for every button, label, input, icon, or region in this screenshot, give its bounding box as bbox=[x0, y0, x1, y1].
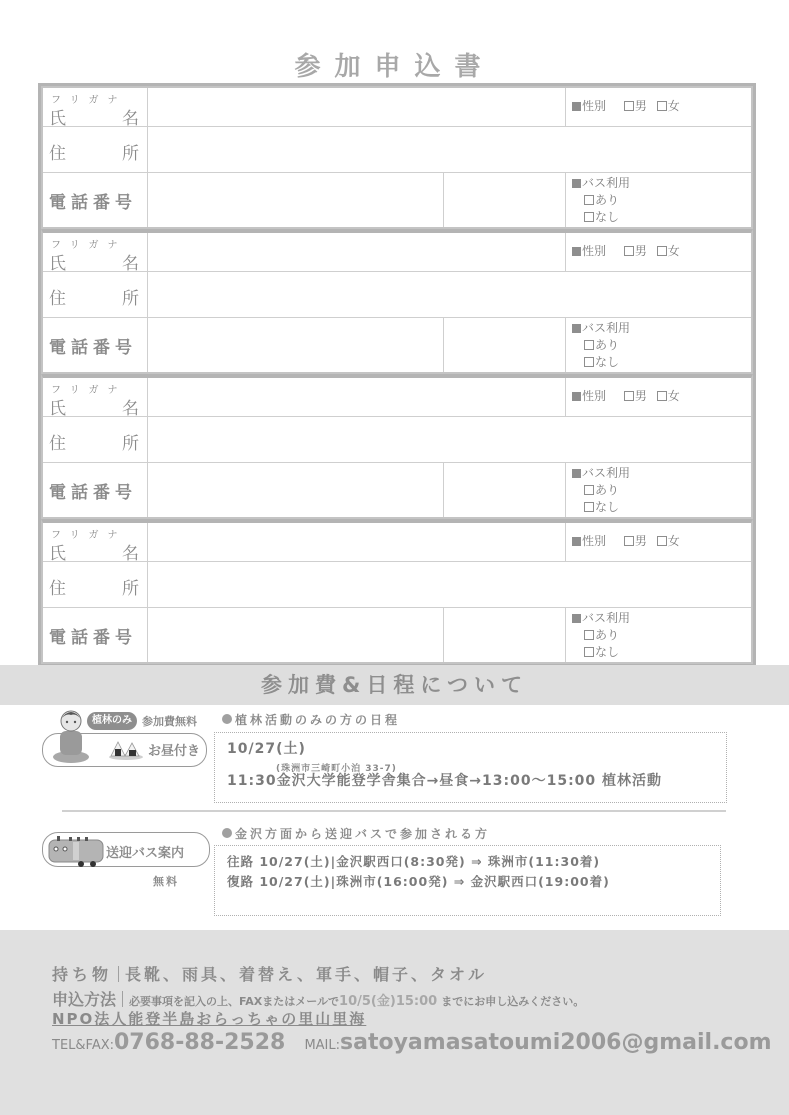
phone-label: 電話番号 bbox=[49, 623, 141, 648]
address-label: 住所 bbox=[49, 284, 139, 309]
bus-schedule-heading: 金沢方面から送迎バスで参加される方 bbox=[222, 825, 490, 842]
gender-female-checkbox[interactable]: 女 bbox=[657, 99, 680, 113]
address-label: 住所 bbox=[49, 139, 139, 164]
name-row: フリガナ 氏名 性別 男 女 bbox=[43, 378, 751, 417]
name-row: フリガナ 氏名 性別 男 女 bbox=[43, 233, 751, 272]
phone-row: 電話番号 バス利用 あり なし bbox=[43, 463, 751, 517]
bus-yes-checkbox[interactable]: あり bbox=[584, 627, 751, 644]
name-field[interactable] bbox=[148, 88, 567, 126]
bus-no-checkbox[interactable]: なし bbox=[584, 499, 751, 516]
phone-label: 電話番号 bbox=[49, 478, 141, 503]
phone-field[interactable] bbox=[148, 173, 444, 227]
phone-row: 電話番号 バス利用 あり なし bbox=[43, 608, 751, 662]
planting-date: 10/27(土) bbox=[227, 738, 306, 758]
outbound-route: 往路 10/27(土)|金沢駅西口(8:30発) ⇒ 珠洲市(11:30着) bbox=[227, 852, 600, 870]
checkbox-icon bbox=[584, 212, 594, 222]
bus-field: バス利用 あり なし bbox=[565, 318, 751, 372]
checkbox-icon bbox=[624, 391, 634, 401]
name-row: フリガナ 氏名 性別 男 女 bbox=[43, 523, 751, 562]
bus-yes-checkbox[interactable]: あり bbox=[584, 337, 751, 354]
address-row: 住所 bbox=[43, 417, 751, 463]
checkbox-icon bbox=[584, 630, 594, 640]
apply-instructions-end: までにお申し込みください。 bbox=[441, 995, 584, 1008]
checkbox-icon bbox=[624, 536, 634, 546]
gender-female-checkbox[interactable]: 女 bbox=[657, 244, 680, 258]
checkbox-icon bbox=[657, 391, 667, 401]
checkbox-icon bbox=[657, 536, 667, 546]
fee-free-label: 参加費無料 bbox=[142, 713, 197, 729]
bus-free-label: 無料 bbox=[153, 873, 179, 889]
circle-bullet-icon bbox=[222, 714, 232, 724]
organization-name: NPO法人能登半島おらっちゃの里山里海 bbox=[52, 1008, 366, 1029]
application-form: フリガナ 氏名 性別 男 女 住所 電話番号 バス利用 あり なし bbox=[38, 83, 756, 667]
name-row: フリガナ 氏名 性別 男 女 bbox=[43, 88, 751, 127]
checkbox-icon bbox=[657, 246, 667, 256]
bus-yes-checkbox[interactable]: あり bbox=[584, 192, 751, 209]
bus-field: バス利用 あり なし bbox=[565, 173, 751, 227]
gender-field: 性別 男 女 bbox=[565, 523, 751, 561]
checkbox-icon bbox=[657, 101, 667, 111]
square-bullet-icon bbox=[572, 247, 581, 256]
name-label: 氏名 bbox=[49, 104, 139, 129]
planting-schedule-text: 11:30金沢大学能登学舎集合→昼食→13:00〜15:00 植林活動 bbox=[227, 770, 662, 790]
separator bbox=[118, 966, 119, 982]
square-bullet-icon bbox=[572, 102, 581, 111]
apply-method-label: 申込方法 bbox=[52, 990, 116, 1009]
phone-field[interactable] bbox=[148, 608, 444, 662]
checkbox-icon bbox=[584, 647, 594, 657]
applicant-block-4: フリガナ 氏名 性別 男 女 住所 電話番号 バス利用 あり なし bbox=[41, 519, 753, 664]
circle-bullet-icon bbox=[222, 828, 232, 838]
apply-deadline: 10/5(金)15:00 bbox=[339, 994, 437, 1009]
bus-no-checkbox[interactable]: なし bbox=[584, 354, 751, 371]
gender-female-checkbox[interactable]: 女 bbox=[657, 534, 680, 548]
contact-row: TEL&FAX:0768-88-2528 MAIL:satoyamasatoum… bbox=[52, 1030, 772, 1055]
address-row: 住所 bbox=[43, 562, 751, 608]
applicant-block-3: フリガナ 氏名 性別 男 女 住所 電話番号 バス利用 あり なし bbox=[41, 374, 753, 519]
name-field[interactable] bbox=[148, 378, 567, 416]
bus-field: バス利用 あり なし bbox=[565, 463, 751, 517]
page-title: 参加申込書 bbox=[0, 46, 789, 83]
section-divider bbox=[62, 810, 726, 812]
address-field[interactable] bbox=[148, 127, 751, 172]
tel-fax-label: TEL&FAX: bbox=[52, 1038, 114, 1053]
bus-icon bbox=[47, 834, 105, 868]
bus-field: バス利用 あり なし bbox=[565, 608, 751, 662]
address-field[interactable] bbox=[148, 417, 751, 462]
tel-fax-number: 0768-88-2528 bbox=[114, 1030, 285, 1055]
address-row: 住所 bbox=[43, 127, 751, 173]
apply-row: 申込方法必要事項を記入の上、FAXまたはメールで10/5(金)15:00までにお… bbox=[52, 987, 584, 1010]
address-row: 住所 bbox=[43, 272, 751, 318]
checkbox-icon bbox=[584, 357, 594, 367]
name-label: 氏名 bbox=[49, 249, 139, 274]
name-label: 氏名 bbox=[49, 539, 139, 564]
address-label: 住所 bbox=[49, 574, 139, 599]
gender-female-checkbox[interactable]: 女 bbox=[657, 389, 680, 403]
blank-cell bbox=[443, 318, 564, 372]
planting-only-tag: 植林のみ bbox=[87, 712, 137, 730]
square-bullet-icon bbox=[572, 392, 581, 401]
applicant-block-1: フリガナ 氏名 性別 男 女 住所 電話番号 バス利用 あり なし bbox=[41, 86, 753, 229]
checkbox-icon bbox=[624, 101, 634, 111]
address-label: 住所 bbox=[49, 429, 139, 454]
phone-field[interactable] bbox=[148, 463, 444, 517]
blank-cell bbox=[443, 608, 564, 662]
belongings-list: 長靴、雨具、着替え、軍手、帽子、タオル bbox=[125, 965, 487, 984]
phone-row: 電話番号 バス利用 あり なし bbox=[43, 173, 751, 227]
square-bullet-icon bbox=[572, 469, 581, 478]
phone-label: 電話番号 bbox=[49, 333, 141, 358]
gender-male-checkbox[interactable]: 男 bbox=[624, 244, 647, 258]
checkbox-icon bbox=[584, 340, 594, 350]
planting-schedule-heading: 植林活動のみの方の日程 bbox=[222, 711, 400, 728]
lunch-included-label: お昼付き bbox=[148, 740, 200, 759]
gender-field: 性別 男 女 bbox=[565, 233, 751, 271]
square-bullet-icon bbox=[572, 614, 581, 623]
bus-guide-label: 送迎バス案内 bbox=[106, 842, 184, 861]
section-header: 参加費&日程について bbox=[0, 665, 789, 705]
gender-field: 性別 男 女 bbox=[565, 378, 751, 416]
address-field[interactable] bbox=[148, 562, 751, 607]
child-illustration-icon bbox=[52, 707, 90, 763]
address-field[interactable] bbox=[148, 272, 751, 317]
return-route: 復路 10/27(土)|珠洲市(16:00発) ⇒ 金沢駅西口(19:00着) bbox=[227, 872, 610, 890]
bus-no-checkbox[interactable]: なし bbox=[584, 644, 751, 661]
name-field[interactable] bbox=[148, 523, 567, 561]
square-bullet-icon bbox=[572, 179, 581, 188]
mail-address[interactable]: satoyamasatoumi2006@gmail.com bbox=[340, 1030, 772, 1055]
separator bbox=[122, 991, 123, 1007]
bus-no-checkbox[interactable]: なし bbox=[584, 209, 751, 226]
checkbox-icon bbox=[624, 246, 634, 256]
gender-field: 性別 男 女 bbox=[565, 88, 751, 126]
name-label: 氏名 bbox=[49, 394, 139, 419]
apply-instructions: 必要事項を記入の上、FAXまたはメールで bbox=[129, 995, 339, 1008]
mail-label: MAIL: bbox=[304, 1038, 340, 1053]
gender-male-checkbox[interactable]: 男 bbox=[624, 99, 647, 113]
blank-cell bbox=[443, 463, 564, 517]
square-bullet-icon bbox=[572, 324, 581, 333]
square-bullet-icon bbox=[572, 537, 581, 546]
checkbox-icon bbox=[584, 502, 594, 512]
bus-yes-checkbox[interactable]: あり bbox=[584, 482, 751, 499]
belongings-row: 持ち物長靴、雨具、着替え、軍手、帽子、タオル bbox=[52, 962, 487, 985]
checkbox-icon bbox=[584, 195, 594, 205]
gender-male-checkbox[interactable]: 男 bbox=[624, 389, 647, 403]
belongings-label: 持ち物 bbox=[52, 965, 112, 984]
phone-row: 電話番号 バス利用 あり なし bbox=[43, 318, 751, 372]
gender-male-checkbox[interactable]: 男 bbox=[624, 534, 647, 548]
checkbox-icon bbox=[584, 485, 594, 495]
phone-field[interactable] bbox=[148, 318, 444, 372]
name-field[interactable] bbox=[148, 233, 567, 271]
rice-ball-icon bbox=[108, 738, 144, 760]
phone-label: 電話番号 bbox=[49, 188, 141, 213]
blank-cell bbox=[443, 173, 564, 227]
applicant-block-2: フリガナ 氏名 性別 男 女 住所 電話番号 バス利用 あり なし bbox=[41, 229, 753, 374]
